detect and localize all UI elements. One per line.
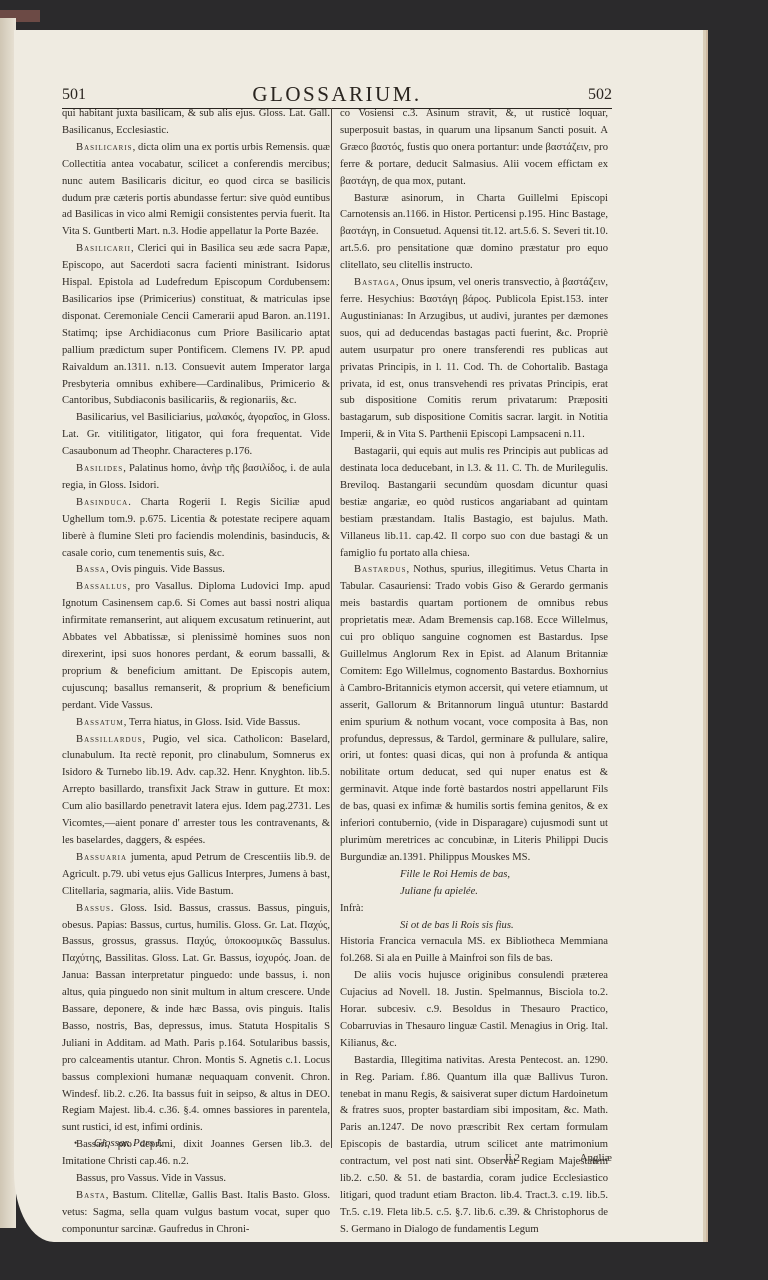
entry-headword: Bassus [76,903,111,914]
entry-headword: Bassatum [76,717,124,728]
page-title: GLOSSARIUM. [62,82,612,107]
catchword: Angliæ [580,1152,612,1164]
paragraph: Infrà: [340,901,608,918]
paragraph: Historia Francica vernacula MS. ex Bibli… [340,934,608,968]
verse-line: Si ot de bas li Rois sis fius. [340,918,608,935]
entry-text: , Onus ipsum, vel oneris transvectio, à … [340,277,608,440]
page-number-right: 502 [588,86,612,104]
glossary-entry: Bassallus, pro Vasallus. Diploma Ludovic… [62,579,330,714]
entry-text: , Pugio, vel sica. Catholicon: Baselard,… [62,734,330,846]
entry-text: , pro Vasallus. Diploma Ludovici Imp. ap… [62,581,330,710]
paragraph: qui habitant juxta basilicam, & sub alis… [62,106,330,140]
paragraph: De aliis vocis hujusce originibus consul… [340,968,608,1053]
glossary-entry: Bassatum, Terra hiatus, in Gloss. Isid. … [62,715,330,732]
glossary-entry: Bastaga, Onus ipsum, vel oneris transvec… [340,275,608,444]
glossary-entry: Basinduca. Charta Rogerii I. Regis Sicil… [62,495,330,563]
verse-line: Juliane fu apielée. [340,884,608,901]
glossary-entry: Bastardus, Nothus, spurius, illegitimus.… [340,562,608,866]
entry-headword: Bastardus [354,564,406,575]
verse-line: Fille le Roi Hemis de bas, [340,867,608,884]
entry-headword: Bassillardus [76,734,143,745]
entry-headword: Bastaga [354,277,396,288]
paragraph: Bassus, pro Vassus. Vide in Vassus. [62,1171,330,1188]
entry-text: , dicta olim una ex portis urbis Remensi… [62,142,330,238]
glossary-entry: Bassus. Gloss. Isid. Bassus, crassus. Ba… [62,901,330,1138]
paragraph: co Vosiensi c.3. Asinum stravit, &, ut r… [340,106,608,191]
entry-text: , Ovis pinguis. Vide Bassus. [106,564,225,575]
glossary-entry: Bassillardus, Pugio, vel sica. Catholico… [62,732,330,850]
signature-text: Glossar. Pars I. [94,1137,163,1149]
entry-headword: Basinduca [76,497,128,508]
entry-text: . Gloss. Isid. Bassus, crassus. Bassus, … [62,903,330,1134]
glossary-entry: Bassa, Ovis pinguis. Vide Bassus. [62,562,330,579]
glossary-entry: Basilides, Palatinus homo, ἀνὴρ τῆς βασι… [62,461,330,495]
paragraph: Basturæ asinorum, in Charta Guillelmi Ep… [340,191,608,276]
column-divider [331,108,332,1148]
bullet-icon: • [74,1138,77,1148]
paragraph: Basilicarius, vel Basiliciarius, μαλακός… [62,410,330,461]
glossary-entry: Bassuaria jumenta, apud Petrum de Cresce… [62,850,330,901]
entry-headword: Basilicarii [76,243,131,254]
entry-text: , Nothus, spurius, illegitimus. Vetus Ch… [340,564,608,862]
entry-headword: Bassallus [76,581,127,592]
entry-text: , Clerici qui in Basilica seu æde sacra … [62,243,330,406]
entry-headword: Basilides [76,463,123,474]
glossary-entry: Basilicarii, Clerici qui in Basilica seu… [62,241,330,410]
entry-headword: Basta [76,1190,106,1201]
gathering-signature: Ii 2 [505,1152,520,1164]
glossary-entry: Basta, Bastum. Clitellæ, Gallis Bast. It… [62,1188,330,1239]
paragraph: Bastagarii, qui equis aut mulis res Prin… [340,444,608,562]
left-column: qui habitant juxta basilicam, & sub alis… [62,106,330,1239]
entry-text: , Terra hiatus, in Gloss. Isid. Vide Bas… [124,717,301,728]
glossary-entry: Basilicaris, dicta olim una ex portis ur… [62,140,330,241]
paragraph: Bastardia, Illegitima nativitas. Aresta … [340,1053,608,1239]
entry-headword: Bassuaria [76,852,127,863]
entry-headword: Bassa [76,564,106,575]
entry-headword: Basilicaris [76,142,133,153]
signature-mark: • Glossar. Pars I. [74,1137,163,1149]
right-column: co Vosiensi c.3. Asinum stravit, &, ut r… [340,106,608,1239]
